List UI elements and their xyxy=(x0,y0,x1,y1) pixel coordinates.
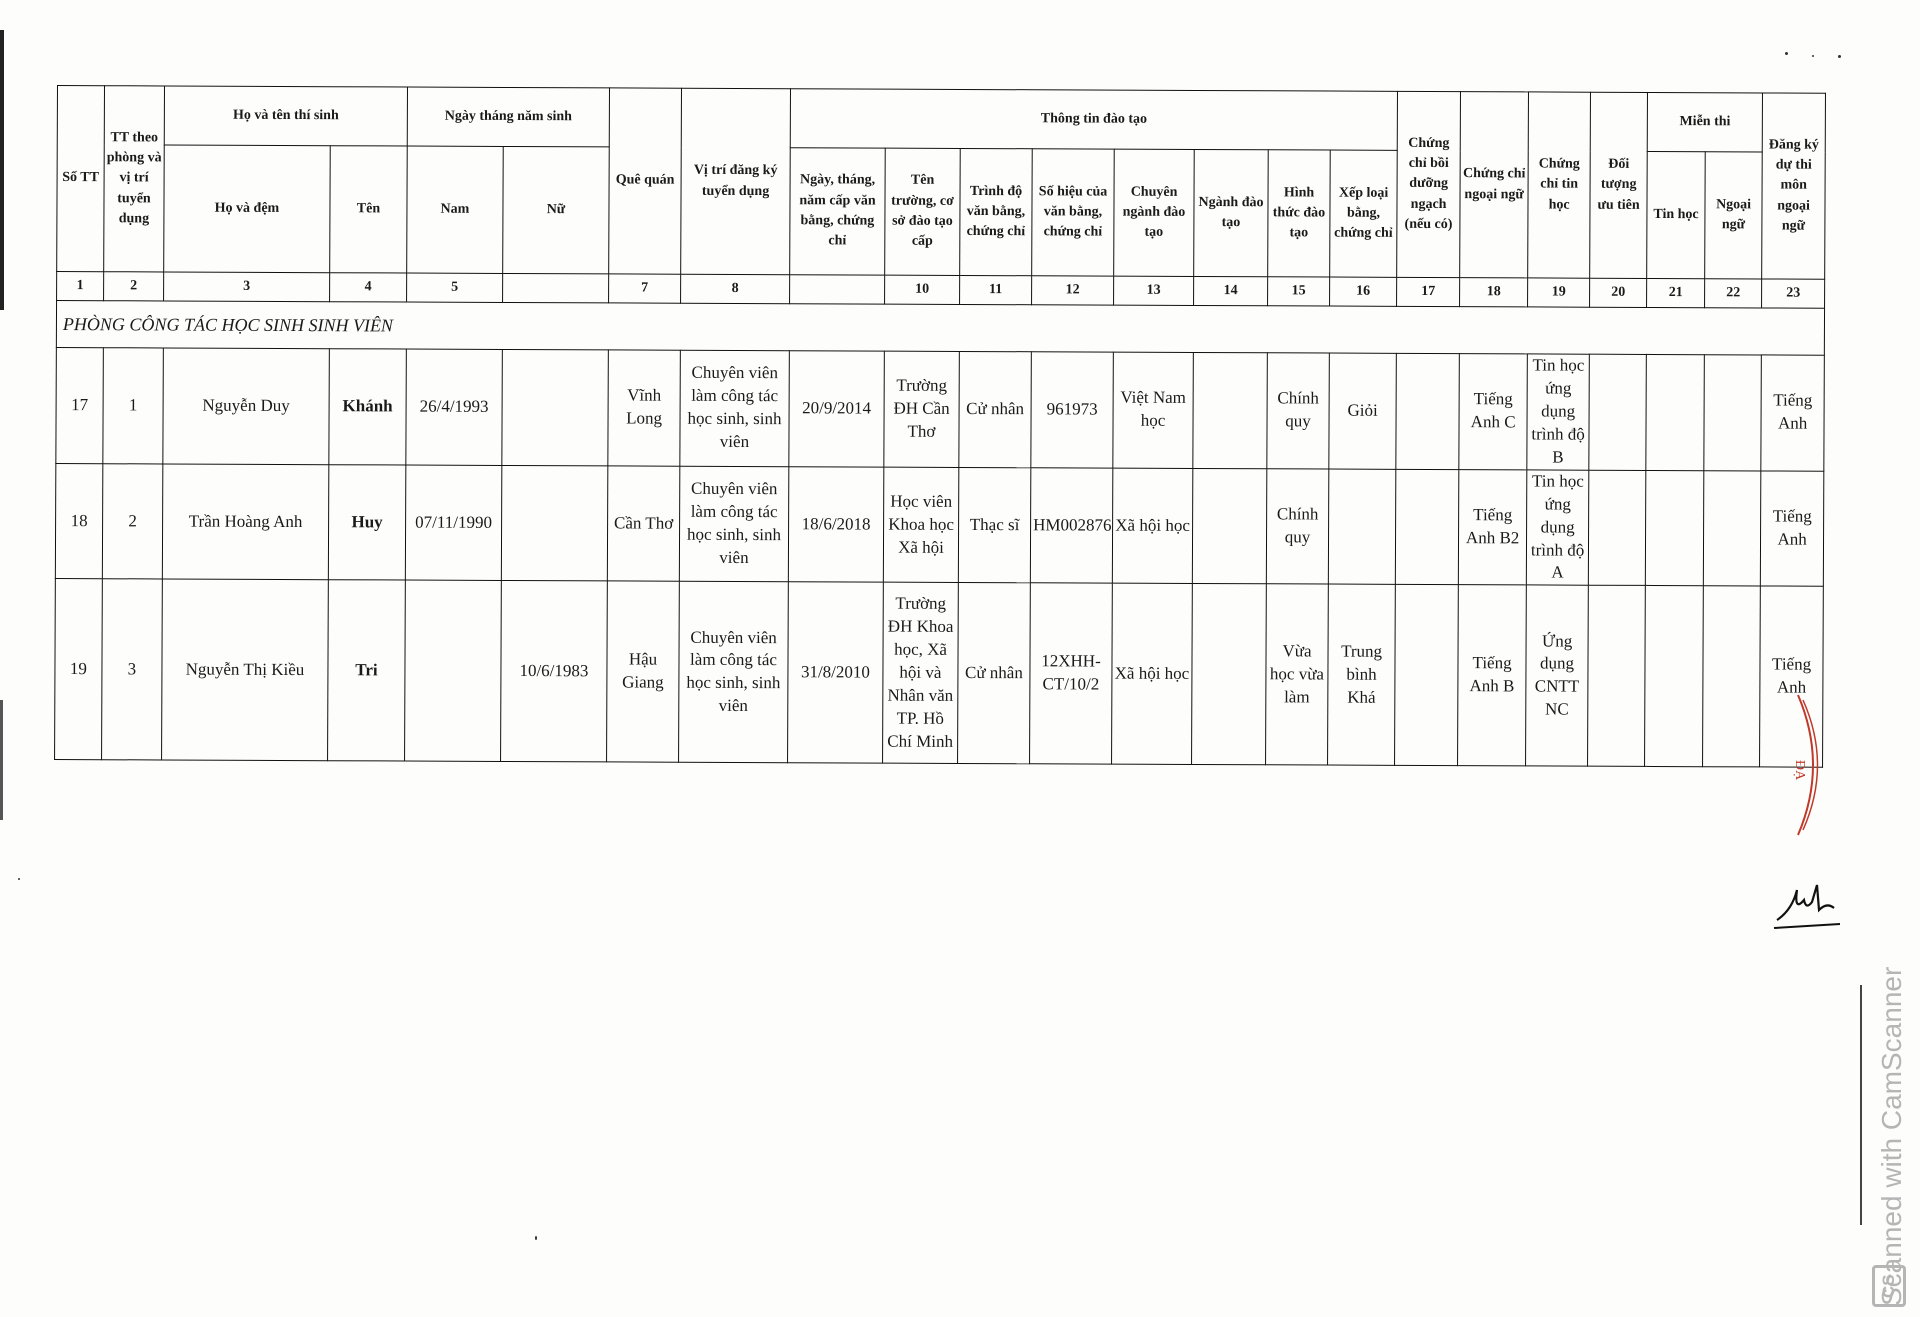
cell-chuyen-nganh: Xã hội học xyxy=(1112,583,1193,764)
cell-xep-loai: Trung bình Khá xyxy=(1328,584,1396,765)
col-header-degree-level: Trình độ văn bằng, chứng chỉ xyxy=(960,148,1033,275)
column-number: 21 xyxy=(1647,278,1705,307)
cell-mien-ngoai-ngu xyxy=(1703,586,1761,767)
cell-hinh-thuc: Vừa học vừa làm xyxy=(1266,584,1329,765)
camscanner-watermark: Scanned with CamScanner CS xyxy=(1872,910,1902,1310)
cell-cc-boi-duong xyxy=(1396,353,1460,469)
cell-truong: Trường ĐH Cần Thơ xyxy=(884,351,960,467)
cell-que-quan: Vĩnh Long xyxy=(608,350,681,466)
scan-edge-shadow xyxy=(0,30,4,310)
candidate-table: Số TT TT theo phòng và vị trí tuyển dụng… xyxy=(54,85,1826,768)
column-number: 19 xyxy=(1528,278,1590,307)
column-number: 16 xyxy=(1330,277,1397,306)
cell-so-hieu: 961973 xyxy=(1031,352,1114,468)
table-body: 171Nguyễn DuyKhánh26/4/1993Vĩnh LongChuy… xyxy=(55,347,1825,767)
watermark-text: Scanned with CamScanner xyxy=(1876,906,1908,1306)
cell-ho-dem: Nguyễn Thị Kiều xyxy=(162,579,329,761)
column-number: 14 xyxy=(1194,276,1268,305)
cell-truong: Học viên Khoa học Xã hội xyxy=(883,467,959,583)
cell-dang-ky-ngoai-ngu: Tiếng Anh xyxy=(1761,355,1825,471)
cell-dang-ky-ngoai-ngu: Tiếng Anh xyxy=(1760,471,1824,587)
column-number: 15 xyxy=(1268,277,1330,306)
col-header-degree-date: Ngày, tháng, năm cấp văn bằng, chứng chỉ xyxy=(790,148,886,275)
col-header-last-name: Họ và đệm xyxy=(164,145,331,273)
cell-mien-ngoai-ngu xyxy=(1704,355,1762,471)
cell-trinh-do: Thạc sĩ xyxy=(958,467,1031,583)
cell-tt: 1 xyxy=(103,348,164,464)
cell-ho-dem: Trần Hoàng Anh xyxy=(162,464,329,580)
cell-cc-tin-hoc: Tin học ứng dụng trình độ A xyxy=(1526,470,1589,586)
column-number: 10 xyxy=(885,275,960,304)
cell-ngay-cap: 18/6/2018 xyxy=(788,466,884,582)
col-header-major: Ngành đào tạo xyxy=(1194,149,1269,276)
section-row: PHÒNG CÔNG TÁC HỌC SINH SINH VIÊN xyxy=(56,301,1824,356)
col-header-position: Vị trí đăng ký tuyển dụng xyxy=(681,88,791,274)
col-group-training: Thông tin đào tạo xyxy=(790,89,1397,151)
cell-xep-loai: Giỏi xyxy=(1329,353,1397,469)
speck xyxy=(1838,55,1841,58)
col-header-dob-female: Nữ xyxy=(503,146,610,273)
cell-dob-female xyxy=(502,349,609,465)
cell-stt: 17 xyxy=(56,347,104,463)
cell-mien-tin-hoc xyxy=(1646,354,1705,470)
col-header-language-cert: Chứng chỉ ngoại ngữ xyxy=(1460,92,1529,278)
col-group-exempt: Miễn thi xyxy=(1647,92,1762,152)
table-row: 193Nguyễn Thị KiềuTri10/6/1983Hậu GiangC… xyxy=(55,579,1824,768)
cell-vi-tri: Chuyên viên làm công tác học sinh, sinh … xyxy=(679,582,789,763)
cell-mien-tin-hoc xyxy=(1645,586,1704,767)
cell-truong: Trường ĐH Khoa học, Xã hội và Nhân văn T… xyxy=(883,582,959,763)
col-header-stt: Số TT xyxy=(57,86,105,272)
cell-so-hieu: HM002876 xyxy=(1030,467,1113,583)
cell-ten: Huy xyxy=(328,464,406,580)
cell-tt: 3 xyxy=(102,579,163,760)
cell-cc-ngoai-ngu: Tiếng Anh C xyxy=(1459,354,1528,470)
cell-vi-tri: Chuyên viên làm công tác học sinh, sinh … xyxy=(679,466,789,582)
column-number: 11 xyxy=(960,275,1032,304)
cell-dob-male: 26/4/1993 xyxy=(406,349,503,465)
cell-cc-ngoai-ngu: Tiếng Anh B2 xyxy=(1458,469,1527,585)
column-number xyxy=(790,275,885,304)
col-header-school: Tên trường, cơ sở đào tạo cấp xyxy=(885,148,961,275)
cell-cc-tin-hoc: Tin học ứng dụng trình độ B xyxy=(1527,354,1590,470)
col-header-it-cert: Chứng chỉ tin học xyxy=(1528,92,1591,278)
col-group-name: Họ và tên thí sinh xyxy=(164,86,407,146)
cell-ho-dem: Nguyễn Duy xyxy=(163,348,330,464)
cell-stt: 18 xyxy=(55,463,103,579)
speck xyxy=(1812,55,1814,57)
col-header-exempt-it: Tin học xyxy=(1647,151,1706,278)
col-header-hometown: Quê quán xyxy=(609,88,682,274)
column-number: 5 xyxy=(407,273,503,302)
col-header-training-form: Hình thức đào tạo xyxy=(1268,150,1331,277)
column-number: 2 xyxy=(104,272,164,301)
col-header-degree-number: Số hiệu của văn bằng, chứng chỉ xyxy=(1032,149,1115,276)
column-number: 7 xyxy=(609,274,681,303)
section-title: PHÒNG CÔNG TÁC HỌC SINH SINH VIÊN xyxy=(56,301,1824,356)
column-number: 12 xyxy=(1032,276,1114,305)
col-header-classification: Xếp loại bằng, chứng chỉ xyxy=(1330,150,1398,277)
column-number: 17 xyxy=(1397,277,1460,306)
cell-uu-tien xyxy=(1588,586,1646,767)
cell-uu-tien xyxy=(1589,354,1647,470)
scan-edge-line xyxy=(1860,985,1862,1225)
column-number: 23 xyxy=(1762,279,1825,308)
cell-que-quan: Hậu Giang xyxy=(607,581,680,762)
cell-tt: 2 xyxy=(102,463,163,579)
cell-trinh-do: Cử nhân xyxy=(959,351,1032,467)
red-stamp-mark: ĐẠ xyxy=(1790,690,1830,840)
cell-nganh xyxy=(1192,468,1267,584)
col-group-dob: Ngày tháng năm sinh xyxy=(407,87,609,147)
cell-mien-ngoai-ngu xyxy=(1703,470,1761,586)
col-header-first-name: Tên xyxy=(330,146,408,273)
cell-vi-tri: Chuyên viên làm công tác học sinh, sinh … xyxy=(680,350,790,466)
cell-chuyen-nganh: Xã hội học xyxy=(1112,468,1193,584)
cell-ngay-cap: 31/8/2010 xyxy=(788,582,884,763)
cell-cc-boi-duong xyxy=(1395,585,1459,766)
cell-cc-tin-hoc: Ứng dụng CNTT NC xyxy=(1526,585,1589,766)
cell-nganh xyxy=(1193,352,1268,468)
col-header-exam-language: Đăng ký dự thi môn ngoại ngữ xyxy=(1762,93,1826,279)
cell-hinh-thuc: Chính quy xyxy=(1267,353,1330,469)
cell-cc-boi-duong xyxy=(1395,469,1459,585)
cell-ten: Khánh xyxy=(329,349,407,465)
column-number: 8 xyxy=(681,274,790,303)
column-number: 3 xyxy=(164,272,330,302)
cell-dob-male xyxy=(405,580,502,761)
cell-cc-ngoai-ngu: Tiếng Anh B xyxy=(1458,585,1527,766)
column-number xyxy=(503,273,609,302)
speck xyxy=(18,878,20,880)
col-header-specialization: Chuyên ngành đào tạo xyxy=(1114,149,1195,276)
column-number: 1 xyxy=(57,272,104,301)
cell-uu-tien xyxy=(1588,470,1646,586)
scan-edge-shadow xyxy=(0,700,3,820)
column-number: 20 xyxy=(1590,278,1647,307)
cell-chuyen-nganh: Việt Nam học xyxy=(1113,352,1194,468)
column-number: 22 xyxy=(1705,279,1762,308)
col-header-tt: TT theo phòng và vị trí tuyển dụng xyxy=(104,86,165,272)
cell-dob-female xyxy=(501,465,608,581)
table-row: 182Trần Hoàng AnhHuy07/11/1990Cần ThơChu… xyxy=(55,463,1824,586)
cell-que-quan: Cần Thơ xyxy=(607,466,680,582)
cell-dob-male: 07/11/1990 xyxy=(405,465,502,581)
cell-nganh xyxy=(1192,584,1267,765)
header-row: Số TT TT theo phòng và vị trí tuyển dụng… xyxy=(57,86,1825,153)
cell-ten: Tri xyxy=(328,580,406,761)
col-header-civil-cert: Chứng chỉ bồi dưỡng ngạch (nếu có) xyxy=(1397,91,1461,277)
speck xyxy=(1785,52,1788,55)
cell-hinh-thuc: Chính quy xyxy=(1266,468,1329,584)
cell-stt: 19 xyxy=(55,579,103,760)
cell-trinh-do: Cử nhân xyxy=(958,583,1031,764)
table-row: 171Nguyễn DuyKhánh26/4/1993Vĩnh LongChuy… xyxy=(56,347,1825,470)
cell-so-hieu: 12XHH-CT/10/2 xyxy=(1030,583,1113,764)
handwritten-signature xyxy=(1772,880,1842,930)
column-number: 13 xyxy=(1114,276,1194,305)
col-header-exempt-lang: Ngoại ngữ xyxy=(1705,152,1763,279)
cell-mien-tin-hoc xyxy=(1645,470,1704,586)
column-number: 18 xyxy=(1460,278,1528,307)
column-number: 4 xyxy=(330,273,407,302)
svg-text:ĐẠ: ĐẠ xyxy=(1792,760,1807,781)
col-header-priority: Đối tượng ưu tiên xyxy=(1590,92,1648,278)
speck xyxy=(535,1236,537,1240)
col-header-dob-male: Nam xyxy=(407,146,504,273)
camscanner-logo-icon: CS xyxy=(1872,1265,1906,1307)
cell-xep-loai xyxy=(1328,469,1396,585)
cell-ngay-cap: 20/9/2014 xyxy=(789,351,885,467)
cell-dob-female: 10/6/1983 xyxy=(501,581,608,762)
